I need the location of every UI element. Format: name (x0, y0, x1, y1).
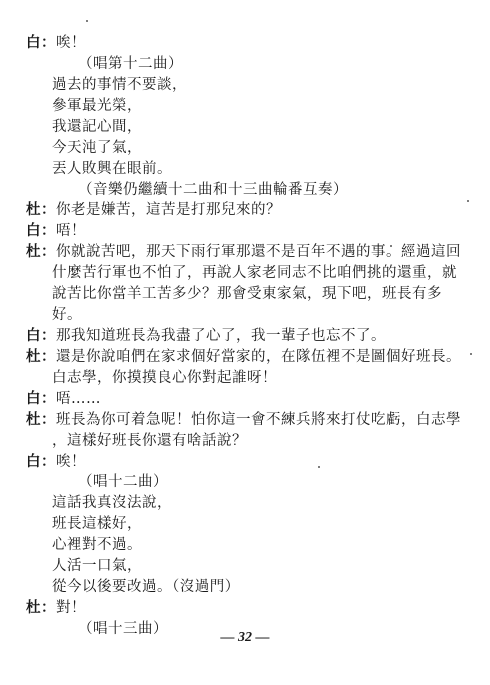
line-text: 丟人敗興在眼前。 (52, 161, 172, 177)
script-line: 過去的事情不要談， (52, 76, 187, 94)
speaker-label: 白： (26, 34, 56, 51)
line-text: 班長為你可着急呢！怕你這一會不練兵將來打仗吃虧，白志學 (56, 412, 461, 428)
speaker-label: 白： (26, 222, 56, 239)
script-line: 什麼苦行軍也不怕了，再說人家老同志不比咱們挑的還重，就 (52, 264, 457, 282)
line-text: 參軍最光榮， (52, 98, 142, 114)
speaker-label: 杜： (26, 243, 56, 260)
scan-speck (467, 200, 469, 202)
script-line: 我還記心間， (52, 118, 142, 136)
line-text: 唔！ (56, 223, 86, 239)
line-text: （唱十二曲） (78, 474, 168, 490)
dialogue-line: 杜：班長為你可着急呢！怕你這一會不練兵將來打仗吃虧，白志學 (26, 411, 461, 429)
line-text: 心裡對不過。 (52, 537, 142, 553)
speaker-label: 杜： (26, 348, 56, 365)
script-line: 心裡對不過。 (52, 536, 142, 554)
script-line: （音樂仍繼續十二曲和十三曲輪番互奏） (78, 181, 348, 199)
dialogue-line: 杜：對！ (26, 599, 86, 617)
line-text: 今天沌了氣， (52, 140, 142, 156)
line-text: 唔…… (56, 391, 101, 407)
script-line: ，這樣好班長你還有啥話說？ (52, 432, 247, 450)
line-text: 白志學，你摸摸良心你對起誰呀！ (52, 370, 277, 386)
line-text: 好。 (52, 307, 82, 323)
dialogue-line: 白：唉！ (26, 34, 86, 52)
script-line: 班長這樣好， (52, 515, 142, 533)
line-text: 唉！ (56, 35, 86, 51)
dialogue-line: 白：唉！ (26, 453, 86, 471)
speaker-label: 白： (26, 390, 56, 407)
scan-speck (430, 288, 432, 290)
script-line: 從今以後要改過。（沒過門） (52, 578, 240, 596)
line-text: 唉！ (56, 454, 86, 470)
scan-speck (470, 353, 472, 355)
script-line: 好。 (52, 306, 82, 324)
line-text: （唱第十二曲） (78, 56, 183, 72)
line-text: 那我知道班長為我盡了心了，我一輩子也忘不了。 (56, 328, 386, 344)
script-line: 丟人敗興在眼前。 (52, 160, 172, 178)
script-line: 今天沌了氣， (52, 139, 142, 157)
speaker-label: 杜： (26, 411, 56, 428)
dialogue-line: 杜：你老是嫌苦，這苦是打那兒來的？ (26, 201, 281, 219)
dialogue-line: 杜：你就說苦吧，那天下雨行軍那還不是百年不遇的事。經過這回 (26, 243, 461, 261)
dialogue-line: 白：那我知道班長為我盡了心了，我一輩子也忘不了。 (26, 327, 386, 345)
document-page: 白：唉！（唱第十二曲）過去的事情不要談，參軍最光榮，我還記心間，今天沌了氣，丟人… (0, 0, 490, 685)
dialogue-line: 杜：還是你說咱們在家求個好當家的，在隊伍裡不是圖個好班長。 (26, 348, 461, 366)
script-line: （唱十二曲） (78, 473, 168, 491)
script-line: （唱第十二曲） (78, 55, 183, 73)
page-number: — 32 — (0, 630, 490, 646)
line-text: ，這樣好班長你還有啥話說？ (52, 433, 247, 449)
dialogue-line: 白：唔！ (26, 222, 86, 240)
line-text: 還是你說咱們在家求個好當家的，在隊伍裡不是圖個好班長。 (56, 349, 461, 365)
line-text: 人活一口氣， (52, 558, 142, 574)
script-line: 這話我真沒法說， (52, 494, 172, 512)
line-text: 說苦比你當羊工苦多少？那會受東家氣，現下吧，班長有多 (52, 286, 442, 302)
speaker-label: 白： (26, 453, 56, 470)
speaker-label: 杜： (26, 201, 56, 218)
scan-speck (86, 20, 88, 22)
scan-speck (318, 466, 320, 468)
line-text: 班長這樣好， (52, 516, 142, 532)
scan-speck (390, 245, 392, 247)
line-text: 過去的事情不要談， (52, 77, 187, 93)
line-text: 對！ (56, 600, 86, 616)
line-text: 你就說苦吧，那天下雨行軍那還不是百年不遇的事。經過這回 (56, 244, 461, 260)
script-line: 白志學，你摸摸良心你對起誰呀！ (52, 369, 277, 387)
script-line: 參軍最光榮， (52, 97, 142, 115)
speaker-label: 白： (26, 327, 56, 344)
speaker-label: 杜： (26, 599, 56, 616)
line-text: 從今以後要改過。（沒過門） (52, 579, 240, 595)
line-text: （音樂仍繼續十二曲和十三曲輪番互奏） (78, 182, 348, 198)
line-text: 什麼苦行軍也不怕了，再說人家老同志不比咱們挑的還重，就 (52, 265, 457, 281)
line-text: 你老是嫌苦，這苦是打那兒來的？ (56, 202, 281, 218)
script-line: 人活一口氣， (52, 557, 142, 575)
line-text: 我還記心間， (52, 119, 142, 135)
line-text: 這話我真沒法說， (52, 495, 172, 511)
dialogue-line: 白：唔…… (26, 390, 101, 408)
script-line: 說苦比你當羊工苦多少？那會受東家氣，現下吧，班長有多 (52, 285, 442, 303)
